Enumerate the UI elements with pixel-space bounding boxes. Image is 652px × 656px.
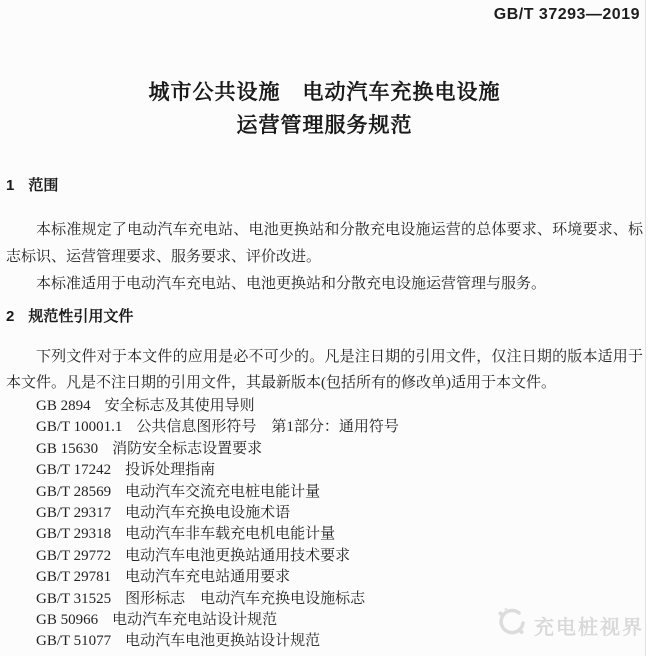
reference-code: GB 2894 xyxy=(36,396,91,417)
reference-title: 电动汽车电池更换站设计规范 xyxy=(125,633,320,649)
scope-paragraph-2: 本标准适用于电动汽车充电站、电池更换站和分散充电设施运营管理与服务。 xyxy=(6,271,643,298)
document-title-line2: 运营管理服务规范 xyxy=(6,109,643,142)
reference-item: GB/T 29318电动汽车非车载充电机电能计量 xyxy=(36,524,643,545)
reference-title: 公共信息图形符号 第1部分：通用符号 xyxy=(136,419,399,435)
reference-title: 电动汽车电池更换站通用技术要求 xyxy=(125,548,350,564)
reference-item: GB/T 10001.1公共信息图形符号 第1部分：通用符号 xyxy=(36,417,643,438)
reference-item: GB/T 29781电动汽车充电站通用要求 xyxy=(36,567,643,588)
reference-title: 消防安全标志设置要求 xyxy=(112,441,262,457)
reference-code: GB/T 10001.1 xyxy=(36,417,122,438)
scan-margin-strip xyxy=(646,0,652,656)
charging-pile-logo-icon xyxy=(494,606,528,645)
reference-item: GB/T 29317电动汽车充换电设施术语 xyxy=(36,503,643,524)
reference-title: 电动汽车充换电设施术语 xyxy=(125,505,290,521)
section-title: 范围 xyxy=(28,177,58,194)
reference-title: 电动汽车非车载充电机电能计量 xyxy=(125,526,335,542)
reference-item: GB 2894安全标志及其使用导则 xyxy=(36,396,643,417)
reference-code: GB/T 29318 xyxy=(36,524,111,545)
reference-code: GB/T 29772 xyxy=(36,546,111,567)
reference-code: GB/T 29781 xyxy=(36,567,111,588)
section-heading-references: 2规范性引用文件 xyxy=(6,307,643,326)
reference-item: GB/T 17242投诉处理指南 xyxy=(36,460,643,481)
watermark: 充电桩视界 xyxy=(494,606,644,645)
section-title: 规范性引用文件 xyxy=(28,308,133,325)
reference-code: GB/T 31525 xyxy=(36,589,111,610)
reference-title: 图形标志 电动汽车充换电设施标志 xyxy=(125,591,365,607)
reference-code: GB/T 17242 xyxy=(36,460,111,481)
reference-code: GB/T 51077 xyxy=(36,631,111,652)
reference-code: GB 15630 xyxy=(36,439,98,460)
reference-title: 电动汽车充电站通用要求 xyxy=(125,569,290,585)
references-intro-paragraph: 下列文件对于本文件的应用是必不可少的。凡是注日期的引用文件，仅注日期的版本适用于… xyxy=(6,344,643,396)
reference-item: GB/T 28569电动汽车交流充电桩电能计量 xyxy=(36,482,643,503)
document-title-line1: 城市公共设施 电动汽车充换电设施 xyxy=(6,76,643,109)
scope-paragraph-1: 本标准规定了电动汽车充电站、电池更换站和分散充电设施运营的总体要求、环境要求、标… xyxy=(6,217,643,271)
section-number: 1 xyxy=(6,176,14,195)
document-page: GB/T 37293—2019 城市公共设施 电动汽车充换电设施 运营管理服务规… xyxy=(0,0,652,656)
reference-code: GB 50966 xyxy=(36,610,98,631)
document-title: 城市公共设施 电动汽车充换电设施 运营管理服务规范 xyxy=(6,76,643,142)
section-heading-scope: 1范围 xyxy=(6,176,643,195)
reference-title: 安全标志及其使用导则 xyxy=(105,398,255,414)
section-number: 2 xyxy=(6,307,14,326)
standard-code: GB/T 37293—2019 xyxy=(494,6,640,24)
watermark-text: 充电桩视界 xyxy=(534,611,644,640)
reference-item: GB 15630消防安全标志设置要求 xyxy=(36,439,643,460)
reference-title: 投诉处理指南 xyxy=(125,462,215,478)
reference-title: 电动汽车交流充电桩电能计量 xyxy=(125,484,320,500)
reference-title: 电动汽车充电站设计规范 xyxy=(112,612,277,628)
reference-code: GB/T 29317 xyxy=(36,503,111,524)
reference-code: GB/T 28569 xyxy=(36,482,111,503)
reference-item: GB/T 29772电动汽车电池更换站通用技术要求 xyxy=(36,546,643,567)
